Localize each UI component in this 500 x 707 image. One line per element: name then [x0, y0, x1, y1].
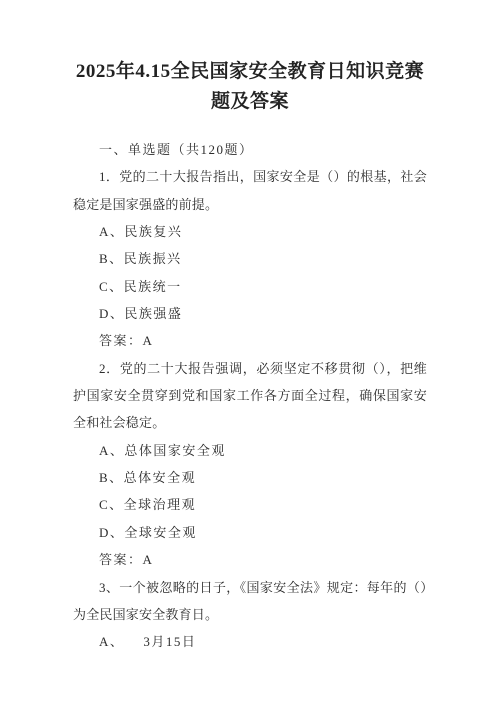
- option-item: A、民族复兴: [73, 218, 427, 245]
- question-text: 1．党的二十大报告指出，国家安全是（）的根基，社会稳定是国家强盛的前提。: [73, 163, 427, 218]
- option-item: A、总体国家安全观: [73, 437, 427, 464]
- question-block-3: 3、一个被忽略的日子，《国家安全法》规定：每年的（）为全民国家安全教育日。 A、…: [73, 574, 427, 656]
- option-item: D、全球安全观: [73, 519, 427, 546]
- answer-line: 答案：A: [73, 327, 427, 354]
- option-item: C、民族统一: [73, 273, 427, 300]
- question-text: 2．党的二十大报告强调，必须坚定不移贯彻（），把维护国家安全贯穿到党和国家工作各…: [73, 355, 427, 437]
- option-item: D、民族强盛: [73, 300, 427, 327]
- question-block-1: 1．党的二十大报告指出，国家安全是（）的根基，社会稳定是国家强盛的前提。 A、民…: [73, 163, 427, 354]
- section-heading: 一、单选题（共120题）: [73, 136, 427, 163]
- option-item: B、总体安全观: [73, 464, 427, 491]
- question-block-2: 2．党的二十大报告强调，必须坚定不移贯彻（），把维护国家安全贯穿到党和国家工作各…: [73, 355, 427, 574]
- question-text: 3、一个被忽略的日子，《国家安全法》规定：每年的（）为全民国家安全教育日。: [73, 574, 427, 629]
- option-item: C、全球治理观: [73, 491, 427, 518]
- option-item: B、民族振兴: [73, 245, 427, 272]
- document-page: 2025年4.15全民国家安全教育日知识竞赛题及答案 一、单选题（共120题） …: [0, 0, 500, 707]
- option-item: A、 3月15日: [73, 628, 427, 655]
- document-body: 一、单选题（共120题） 1．党的二十大报告指出，国家安全是（）的根基，社会稳定…: [0, 136, 500, 656]
- document-title: 2025年4.15全民国家安全教育日知识竞赛题及答案: [74, 0, 426, 117]
- answer-line: 答案：A: [73, 546, 427, 573]
